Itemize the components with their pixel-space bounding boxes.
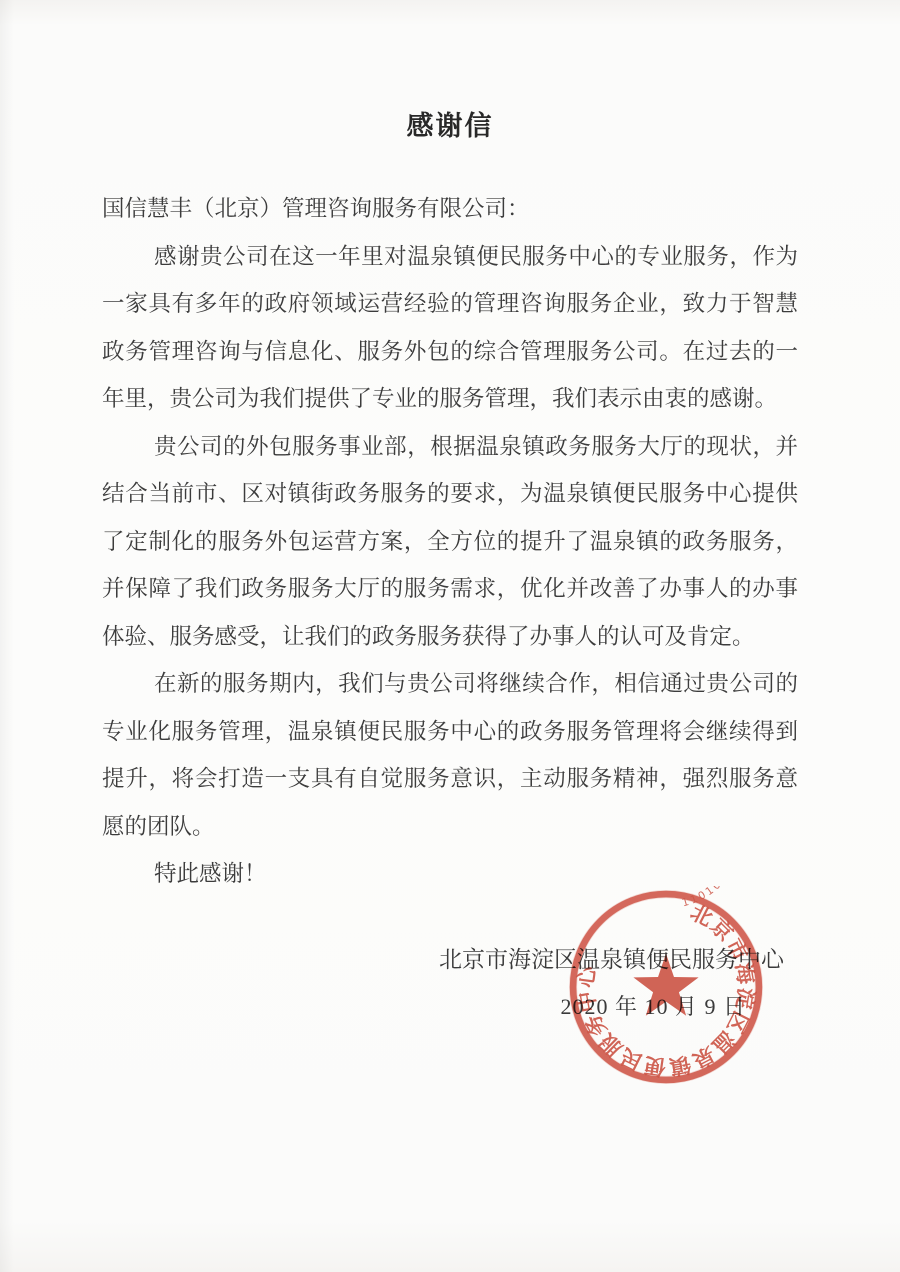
- letter-title: 感谢信: [0, 0, 900, 143]
- signature-date: 2020 年 10 月 9 日: [102, 983, 798, 1030]
- salutation: 国信慧丰（北京）管理咨询服务有限公司：: [102, 185, 798, 233]
- letter-paragraph: 感谢贵公司在这一年里对温泉镇便民服务中心的专业服务，作为一家具有多年的政府领域运…: [102, 233, 798, 423]
- signature-block: 北京市海淀区温泉镇便民服务中心 2020 年 10 月 9 日: [0, 936, 900, 1030]
- scanned-letter-page: 感谢信 国信慧丰（北京）管理咨询服务有限公司： 感谢贵公司在这一年里对温泉镇便民…: [0, 0, 900, 1272]
- letter-paragraph: 贵公司的外包服务事业部，根据温泉镇政务服务大厅的现状，并结合当前市、区对镇街政务…: [102, 423, 798, 661]
- letter-paragraph: 在新的服务期内，我们与贵公司将继续合作，相信通过贵公司的专业化服务管理，温泉镇便…: [102, 660, 798, 850]
- signature-org: 北京市海淀区温泉镇便民服务中心: [102, 936, 798, 983]
- closing-phrase: 特此感谢！: [102, 850, 798, 898]
